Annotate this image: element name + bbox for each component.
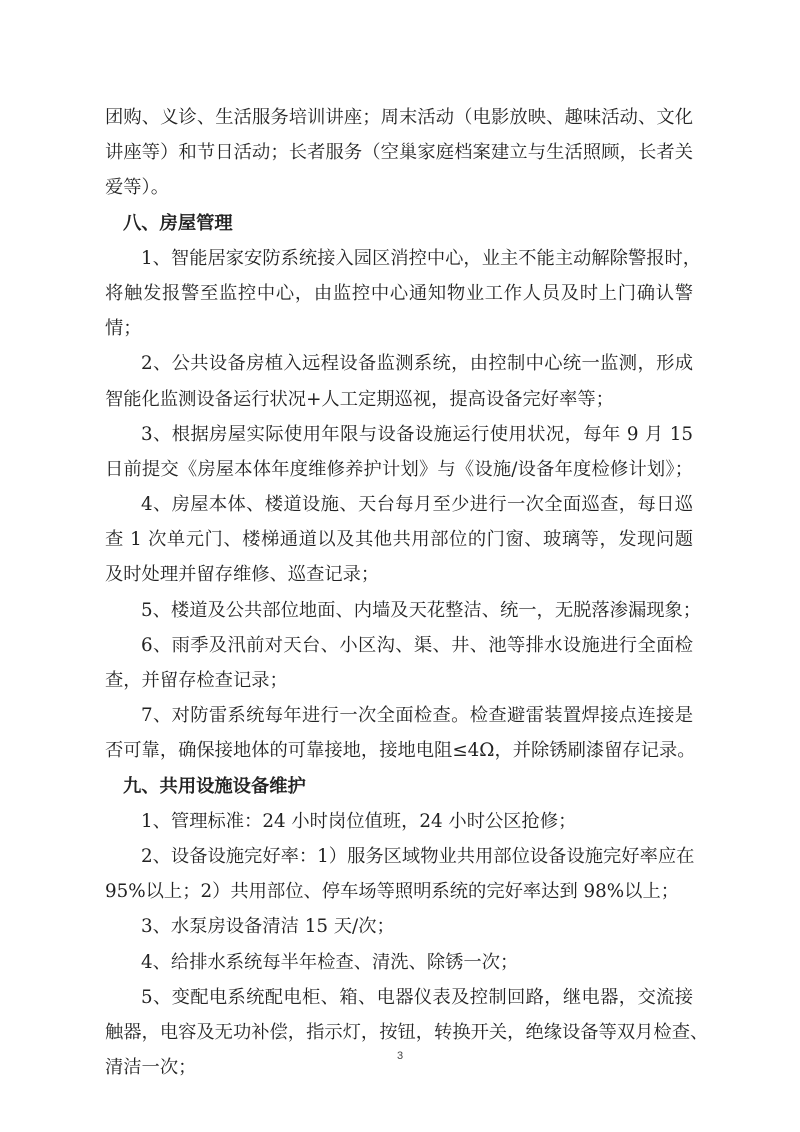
section-heading: 九、共用设施设备维护 [105, 769, 693, 804]
paragraph-line: 4、房屋本体、楼道设施、天台每月至少进行一次全面巡查，每日巡 [105, 487, 693, 522]
paragraph-line: 否可靠，确保接地体的可靠接地，接地电阻≤4Ω，并除锈刷漆留存记录。 [105, 733, 693, 768]
paragraph-line: 情； [105, 311, 693, 346]
page-number: 3 [0, 1050, 800, 1062]
paragraph-line: 触器，电容及无功补偿，指示灯，按钮，转换开关，绝缘设备等双月检查、 [105, 1015, 693, 1050]
paragraph-line: 查，并留存检查记录； [105, 663, 693, 698]
paragraph-line: 5、变配电系统配电柜、箱、电器仪表及控制回路，继电器，交流接 [105, 980, 693, 1015]
paragraph-line: 5、楼道及公共部位地面、内墙及天花整洁、统一，无脱落渗漏现象； [105, 593, 693, 628]
paragraph-line: 3、水泵房设备清洁 15 天/次； [105, 909, 693, 944]
paragraph-line: 95%以上；2）共用部位、停车场等照明系统的完好率达到 98%以上； [105, 874, 693, 909]
paragraph-line: 1、管理标准：24 小时岗位值班，24 小时公区抢修； [105, 804, 693, 839]
paragraph-line: 4、给排水系统每半年检查、清洗、除锈一次； [105, 945, 693, 980]
section-heading: 八、房屋管理 [105, 206, 693, 241]
paragraph-line: 智能化监测设备运行状况+人工定期巡视，提高设备完好率等； [105, 382, 693, 417]
paragraph-line: 6、雨季及汛前对天台、小区沟、渠、井、池等排水设施进行全面检 [105, 628, 693, 663]
paragraph-line: 团购、义诊、生活服务培训讲座；周末活动（电影放映、趣味活动、文化 [105, 100, 693, 135]
paragraph-line: 7、对防雷系统每年进行一次全面检查。检查避雷装置焊接点连接是 [105, 698, 693, 733]
paragraph-line: 3、根据房屋实际使用年限与设备设施运行使用状况，每年 9 月 15 [105, 417, 693, 452]
document-page: 团购、义诊、生活服务培训讲座；周末活动（电影放映、趣味活动、文化 讲座等）和节日… [105, 100, 693, 1085]
paragraph-line: 2、公共设备房植入远程设备监测系统，由控制中心统一监测，形成 [105, 346, 693, 381]
paragraph-line: 爱等）。 [105, 170, 693, 205]
paragraph-line: 将触发报警至监控中心，由监控中心通知物业工作人员及时上门确认警 [105, 276, 693, 311]
paragraph-line: 2、设备设施完好率：1）服务区域物业共用部位设备设施完好率应在 [105, 839, 693, 874]
paragraph-line: 日前提交《房屋本体年度维修养护计划》与《设施/设备年度检修计划》； [105, 452, 693, 487]
paragraph-line: 讲座等）和节日活动；长者服务（空巢家庭档案建立与生活照顾，长者关 [105, 135, 693, 170]
paragraph-line: 1、智能居家安防系统接入园区消控中心，业主不能主动解除警报时， [105, 241, 693, 276]
paragraph-line: 查 1 次单元门、楼梯通道以及其他共用部位的门窗、玻璃等，发现问题 [105, 522, 693, 557]
paragraph-line: 及时处理并留存维修、巡查记录； [105, 557, 693, 592]
